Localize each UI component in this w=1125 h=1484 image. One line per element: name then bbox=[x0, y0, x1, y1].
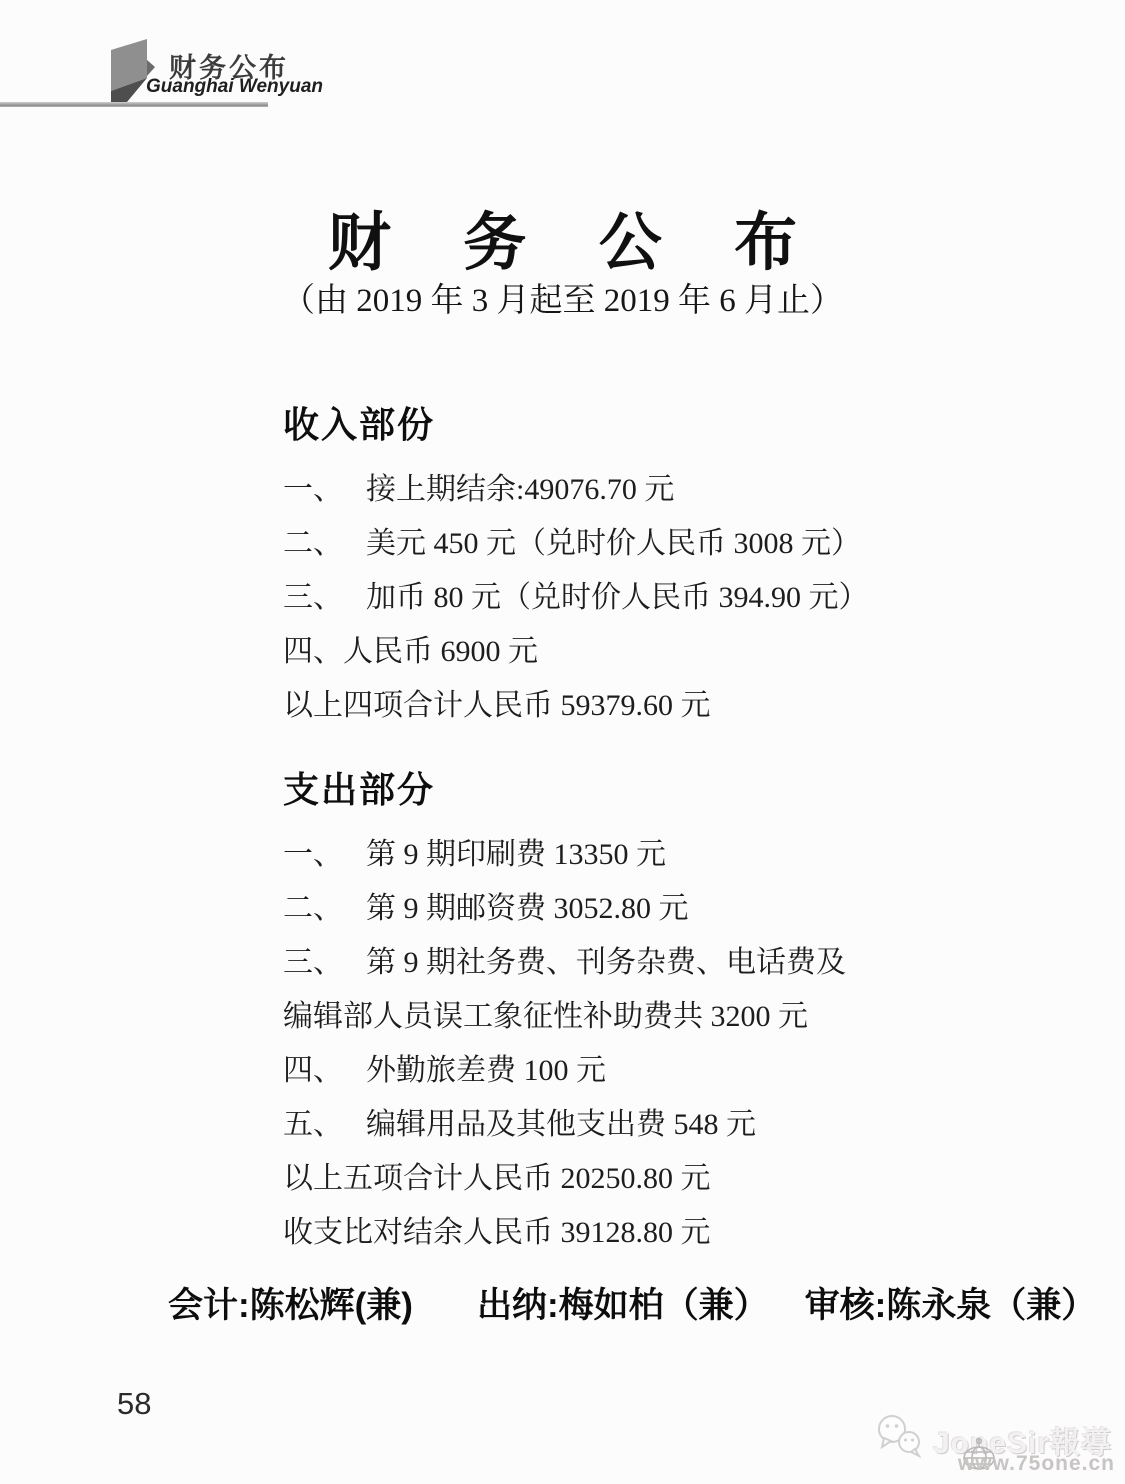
income-heading: 收入部份 bbox=[283, 403, 869, 447]
header-divider bbox=[0, 102, 268, 107]
item-number: 三、 bbox=[283, 571, 366, 625]
item-number: 二、 bbox=[283, 517, 366, 571]
item-text: 接上期结余:49076.70 元 bbox=[366, 473, 674, 506]
income-item: 三、加币 80 元（兑时价人民币 394.90 元） bbox=[283, 571, 869, 625]
expense-item: 四、外勤旅差费 100 元 bbox=[283, 1044, 846, 1098]
item-text: 以上五项合计人民币 20250.80 元 bbox=[283, 1162, 711, 1195]
open-book-logo-icon bbox=[103, 36, 159, 111]
signature-line: 会计:陈松辉(兼) 出纳:梅如柏（兼） 审核:陈永泉（兼） bbox=[168, 1278, 1096, 1328]
page-number: 58 bbox=[117, 1386, 151, 1422]
income-item: 一、接上期结余:49076.70 元 bbox=[283, 463, 869, 517]
expense-heading: 支出部分 bbox=[283, 768, 846, 812]
cashier-signature: 出纳:梅如柏（兼） bbox=[477, 1278, 769, 1328]
item-text: 加币 80 元（兑时价人民币 394.90 元） bbox=[366, 581, 869, 614]
item-text: 第 9 期印刷费 13350 元 bbox=[366, 838, 666, 871]
wechat-icon bbox=[875, 1414, 927, 1467]
item-number: 二、 bbox=[283, 882, 366, 936]
watermark-url: www.75one.cn bbox=[958, 1452, 1115, 1476]
income-total: 以上四项合计人民币 59379.60 元 bbox=[283, 679, 869, 733]
expense-section: 支出部分 一、第 9 期印刷费 13350 元 二、第 9 期邮资费 3052.… bbox=[283, 768, 846, 1260]
item-number: 三、 bbox=[283, 936, 366, 990]
item-number: 四、 bbox=[283, 625, 343, 679]
expense-item-continuation: 编辑部人员误工象征性补助费共 3200 元 bbox=[283, 990, 846, 1044]
item-number: 四、 bbox=[283, 1044, 366, 1098]
item-text: 收支比对结余人民币 39128.80 元 bbox=[283, 1216, 711, 1249]
income-item: 四、人民币 6900 元 bbox=[283, 625, 869, 679]
item-text: 编辑用品及其他支出费 548 元 bbox=[366, 1108, 756, 1141]
masthead-subtitle: Guanghai Wenyuan bbox=[146, 76, 323, 98]
item-text: 编辑部人员误工象征性补助费共 3200 元 bbox=[283, 1000, 808, 1033]
watermark: JoneSir報導 www.75one.cn bbox=[859, 1392, 1121, 1480]
expense-item: 二、第 9 期邮资费 3052.80 元 bbox=[283, 882, 846, 936]
expense-item: 一、第 9 期印刷费 13350 元 bbox=[283, 828, 846, 882]
item-number: 五、 bbox=[283, 1098, 366, 1152]
expense-item: 三、第 9 期社务费、刊务杂费、电话费及 bbox=[283, 936, 846, 990]
document-page: 财务公布 Guanghai Wenyuan 财 务 公 布 （由 2019 年 … bbox=[0, 0, 1125, 1484]
item-number: 一、 bbox=[283, 828, 366, 882]
item-number: 一、 bbox=[283, 463, 366, 517]
expense-item: 五、编辑用品及其他支出费 548 元 bbox=[283, 1098, 846, 1152]
balance-line: 收支比对结余人民币 39128.80 元 bbox=[283, 1206, 846, 1260]
accountant-signature: 会计:陈松辉(兼) bbox=[168, 1278, 413, 1328]
auditor-signature: 审核:陈永泉（兼） bbox=[805, 1278, 1097, 1328]
item-text: 第 9 期邮资费 3052.80 元 bbox=[366, 892, 689, 925]
item-text: 第 9 期社务费、刊务杂费、电话费及 bbox=[366, 946, 846, 979]
document-subtitle: （由 2019 年 3 月起至 2019 年 6 月止） bbox=[0, 274, 1125, 321]
expense-total: 以上五项合计人民币 20250.80 元 bbox=[283, 1152, 846, 1206]
item-text: 以上四项合计人民币 59379.60 元 bbox=[283, 689, 711, 722]
income-section: 收入部份 一、接上期结余:49076.70 元 二、美元 450 元（兑时价人民… bbox=[283, 403, 869, 733]
item-text: 美元 450 元（兑时价人民币 3008 元） bbox=[366, 527, 861, 560]
document-title: 财 务 公 布 bbox=[0, 192, 1125, 283]
item-text: 外勤旅差费 100 元 bbox=[366, 1054, 606, 1087]
income-item: 二、美元 450 元（兑时价人民币 3008 元） bbox=[283, 517, 869, 571]
item-text: 人民币 6900 元 bbox=[343, 635, 538, 668]
